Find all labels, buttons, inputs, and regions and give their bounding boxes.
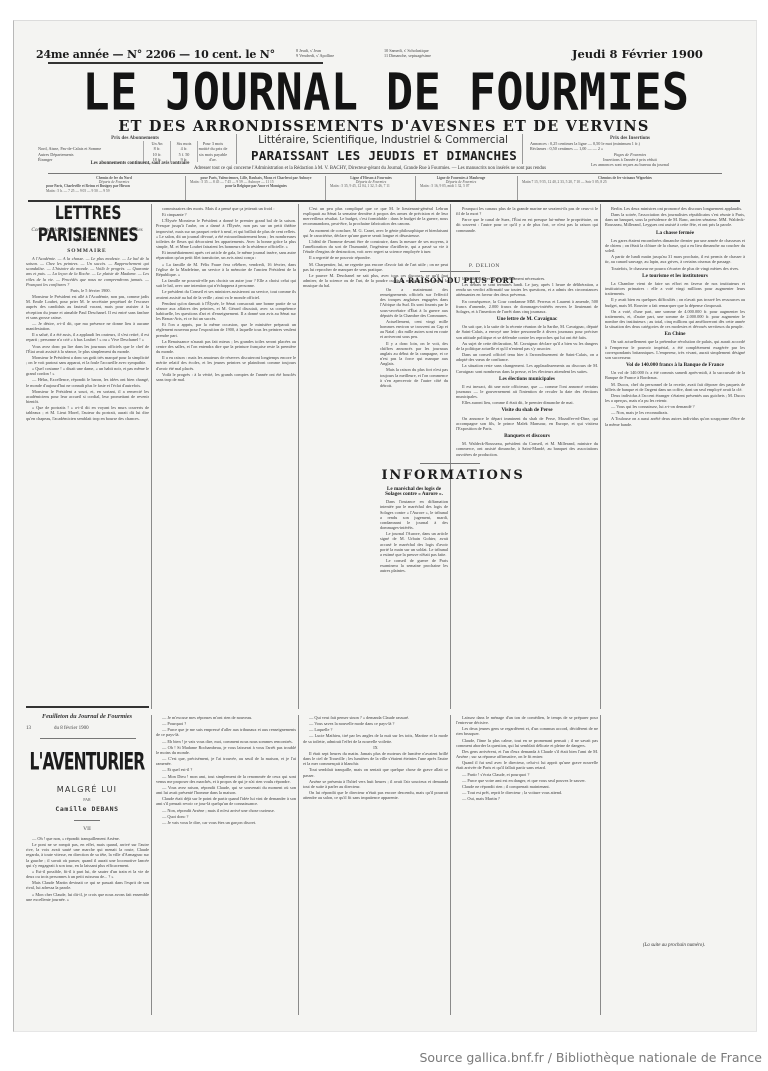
source-attribution: Source gallica.bnf.fr / Bibliothèque nat… <box>419 1050 762 1065</box>
tagline: Littéraire, Scientifique, Industriel & C… <box>248 134 518 146</box>
issue-date: Jeudi 8 Février 1900 <box>572 47 703 61</box>
column-separator <box>600 204 601 709</box>
feuilleton-divider <box>40 738 136 739</box>
rail-sep-3 <box>415 176 416 200</box>
raison-body: On a maintenant des renseignements offic… <box>380 287 448 457</box>
raison-signature: P. DELION <box>430 263 500 269</box>
chapter-rule <box>74 820 100 821</box>
rail-sep-1 <box>185 176 186 200</box>
continued-next-issue: (La suite au prochain numéro). <box>604 943 744 948</box>
column-separator <box>600 715 601 1015</box>
correspondent-note: Correspondance particulière du Journal d… <box>24 227 150 233</box>
feuilleton-author: Camille DEBANS <box>24 805 150 813</box>
feuilleton-by: PAR <box>24 797 150 802</box>
rail-sep-4 <box>517 176 518 200</box>
rail-sep-2 <box>325 176 326 200</box>
summary-title: SOMMAIRE <box>24 248 150 254</box>
column-five-body: Berlin. Les deux ministres ont prononcé … <box>605 206 745 906</box>
column-four-body: lagés de Solages étaient absolument néce… <box>456 276 598 706</box>
lettres-parisiennes-continued: commissaires des morts. Mais il a pensé … <box>156 206 296 706</box>
railway-maubeuge: Ligne de Fourmies à Maubeuge Départs de … <box>420 176 502 200</box>
subscription-table: Nord, Aisne, Pas-de-Calais et Somme Autr… <box>38 141 232 162</box>
feuilleton-rule <box>26 706 149 708</box>
subscription-prices: Prix des Abonnements Nord, Aisne, Pas-de… <box>38 136 232 162</box>
newspaper-subtitle: ET DES ARRONDISSEMENTS D'AVESNES ET DE V… <box>100 118 668 135</box>
ornament-rule <box>420 271 480 272</box>
informations-body: Le maréchal des logis de Solages contre … <box>380 484 448 706</box>
feuilleton-column-two: — Je m'excuse mes réponses m'ont rien de… <box>156 715 296 1015</box>
chapter-number: VII <box>24 826 150 832</box>
column-separator <box>298 715 299 1015</box>
feuilleton-title: L'AVENTURIER <box>20 748 154 776</box>
edition-line: 24me année — N° 2206 — 10 cent. le N° <box>36 48 324 61</box>
calendar-right: 10 Samedi, s' Scholastique 11 Dimanche, … <box>384 48 431 58</box>
lettres-parisiennes-body: A l'Académie. — A la chasse. — Le plus m… <box>26 256 149 706</box>
railway-paris: pour Paris, Valenciennes, Lille, Roubaix… <box>190 176 322 200</box>
header-divider-right <box>522 134 523 164</box>
feuilleton-subtitle: MALGRÉ LUI <box>24 785 150 794</box>
feuilleton-label: Feuilleton du Journal de Fourmies <box>24 713 150 720</box>
insertion-prices: Prix des Insertions Annonces : 0,25 cent… <box>530 136 730 167</box>
feuilleton-column-three: — Qui veut fait penser sinon ? » demanda… <box>303 715 448 1015</box>
railway-top-rule <box>48 173 722 174</box>
administration-note: Adresser tout ce qui concerne l'Administ… <box>50 166 690 171</box>
railway-hirson: Ligne d'Hirson à Fourmies Départs de Fou… <box>330 176 412 200</box>
railway-bottom-rule <box>28 200 740 202</box>
calendar-left: 8 Jeudi, s' Jean 9 Vendredi, s' Apolline <box>296 48 334 58</box>
publication-frequency: PARAISSANT LES JEUDIS ET DIMANCHES <box>240 148 528 163</box>
column-separator <box>151 204 152 709</box>
letter-number: MMCCVI <box>24 237 150 243</box>
railway-vicinaux: Chemins de fer vicinaux Wignehies Matin … <box>522 176 728 200</box>
column-separator <box>450 715 451 1015</box>
newspaper-title: LE JOURNAL DE FOURMIES <box>76 66 696 120</box>
railway-nord: Chemin de fer du Nord Départs de Fourmie… <box>46 176 182 200</box>
feuilleton-body: — Oh ! que non, » répondit tranquillemen… <box>26 836 149 946</box>
header-divider-left <box>236 134 237 164</box>
feuilleton-column-four: Laissez dans le ménage d'un ton de coméd… <box>456 715 598 1015</box>
column-separator <box>298 204 299 709</box>
